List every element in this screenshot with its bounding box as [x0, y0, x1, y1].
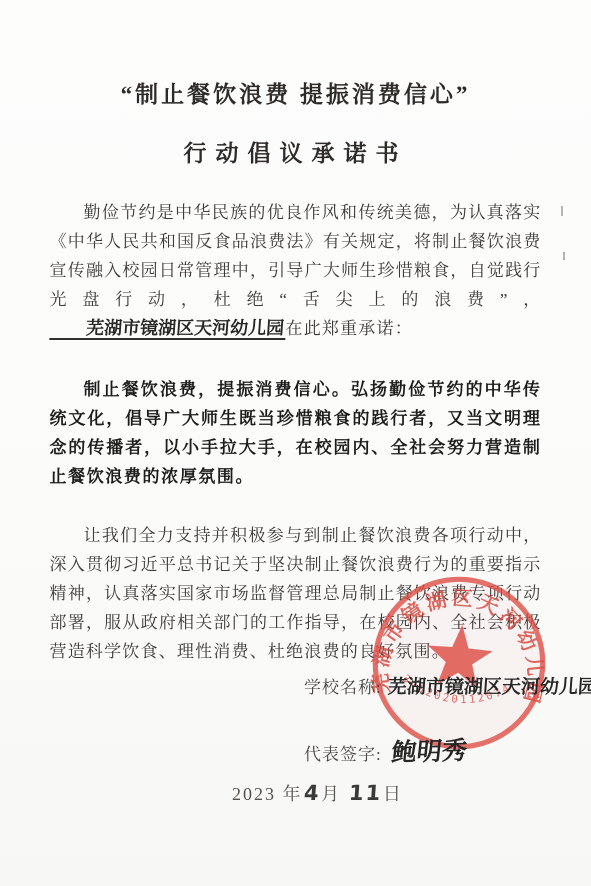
paragraph-1-tail: 在此郑重承诺：: [286, 319, 413, 338]
scan-artifact: [561, 206, 563, 216]
date-day-label: 日: [383, 784, 403, 804]
paragraph-2: 制止餐饮浪费，提振消费信心。弘扬勤俭节约的中华传统文化，倡导广大师生既当珍惜粮食…: [50, 375, 542, 491]
paragraph-1: 勤俭节约是中华民族的优良作风和传统美德，为认真落实《中华人民共和国反食品浪费法》…: [50, 198, 542, 343]
school-name-label: 学校名称:: [304, 678, 382, 697]
school-name-row: 学校名称: 芜湖市镜湖区天河幼儿园: [304, 672, 591, 699]
date-month-handwritten: 4: [303, 781, 321, 805]
paragraph-1-text: 勤俭节约是中华民族的优良作风和传统美德，为认真落实《中华人民共和国反食品浪费法》…: [50, 203, 542, 309]
representative-signature-handwritten: 鲍明秀: [390, 731, 469, 770]
scanned-commitment-letter: “制止餐饮浪费 提振消费信心” 行动倡议承诺书 勤俭节约是中华民族的优良作风和传…: [0, 0, 591, 886]
title-block: “制止餐饮浪费 提振消费信心” 行动倡议承诺书: [0, 0, 591, 168]
date-day-handwritten: 11: [348, 781, 383, 805]
school-name-handwritten: 芜湖市镜湖区天河幼儿园: [387, 672, 591, 699]
date-row: 2023 年4月 11日: [232, 780, 403, 806]
scan-artifact: [563, 252, 565, 260]
document-title-line1: “制止餐饮浪费 提振消费信心”: [0, 76, 591, 109]
date-month-label: 月: [321, 784, 341, 804]
representative-signature-label: 代表签字:: [304, 745, 382, 764]
date-year: 2023 年: [232, 784, 303, 804]
representative-signature-row: 代表签字: 鲍明秀: [304, 732, 467, 768]
handwritten-school-name-inline: 芜湖市镜湖区天河幼儿园: [49, 320, 286, 340]
document-title-line2: 行动倡议承诺书: [0, 135, 591, 168]
